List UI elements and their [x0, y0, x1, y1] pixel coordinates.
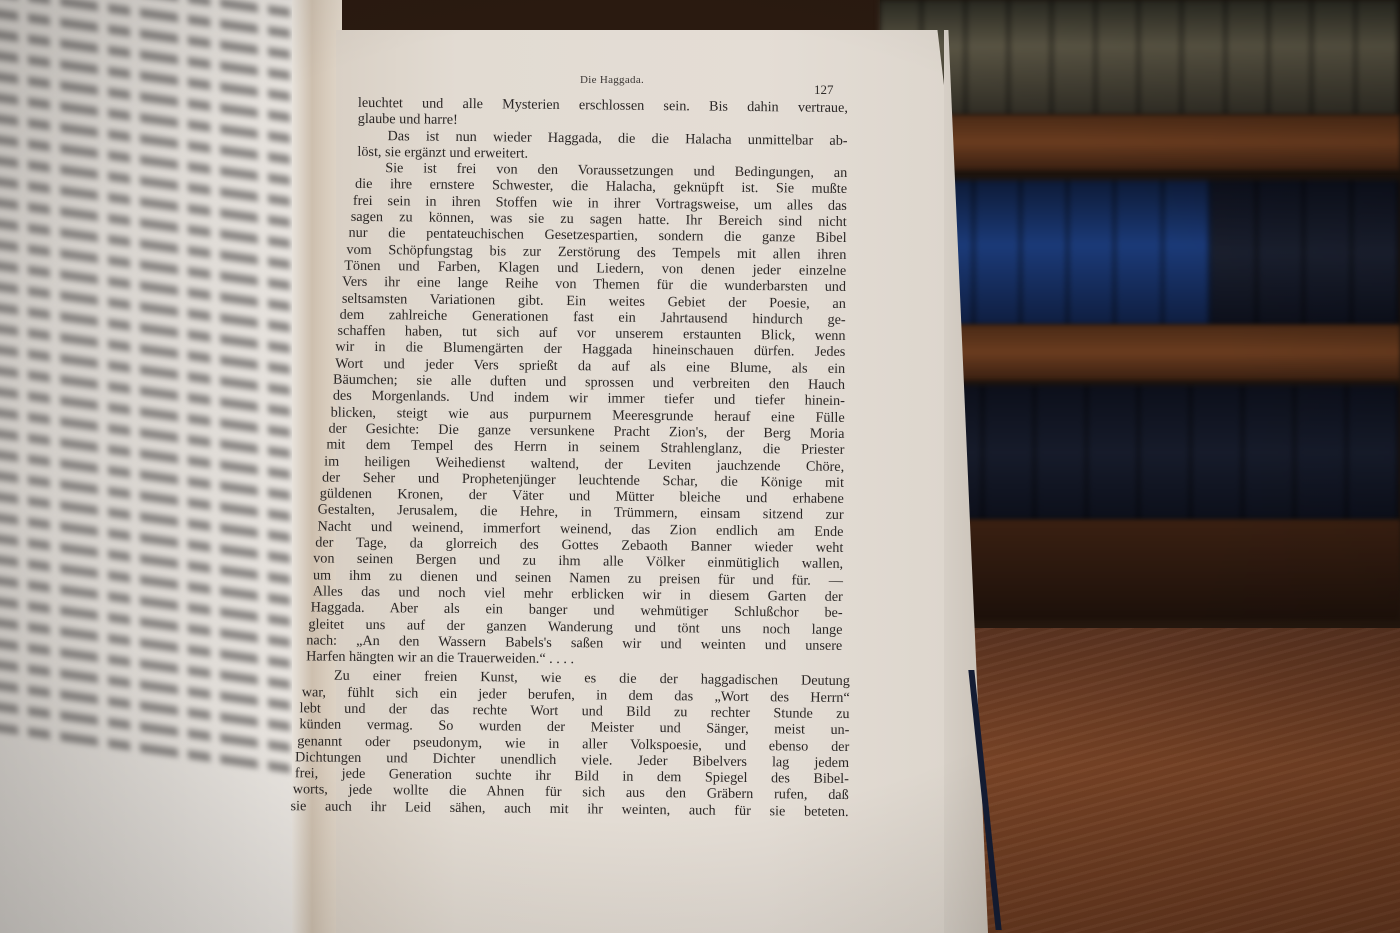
shelf-plank	[880, 115, 1400, 170]
blurred-text	[0, 0, 300, 810]
left-page-blurred	[0, 0, 300, 933]
page-number: 127	[814, 82, 834, 98]
page-body-text: leuchtet und alle Mysterien erschlossen …	[310, 94, 848, 820]
shelf-row-top	[880, 0, 1400, 115]
photo-scene: Die Haggada. 127 leuchtet und alle Myste…	[0, 0, 1400, 933]
running-head: Die Haggada.	[580, 74, 644, 86]
